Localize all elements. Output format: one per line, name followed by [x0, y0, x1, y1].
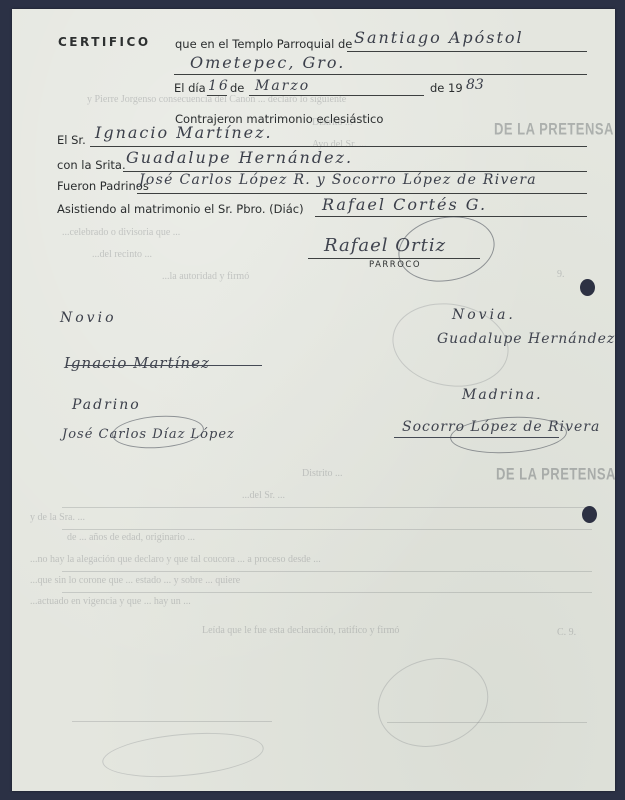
ghost-line: ...no hay la alegación que declaro y que…: [30, 554, 321, 565]
novio-sig-label: Novio: [60, 310, 117, 326]
madrina-signature: Socorro López de Rivera: [402, 419, 600, 435]
ghost-line: ...celebrado o divisoria que ...: [62, 227, 180, 238]
ghost-line: ...actuado en vigencia y que ... hay un …: [30, 596, 191, 607]
novio-signature-stroke: [67, 365, 262, 366]
padrino-sig-label: Padrino: [72, 397, 141, 413]
hole-punch-bottom: [582, 506, 597, 523]
ghost-line: ...que sin lo corone que ... estado ... …: [30, 575, 240, 586]
hole-punch-top: [580, 279, 595, 296]
padrinos-value: José Carlos López R. y Socorro López de …: [139, 172, 537, 188]
mes-value: Marzo: [255, 78, 310, 94]
padrinos-label: Fueron Padrinos: [57, 179, 149, 193]
dia-value: 16: [208, 78, 230, 94]
certifico-heading: CERTIFICO: [58, 35, 151, 49]
ghost-line: ...del recinto ...: [92, 249, 152, 260]
ghost-title-top: DE LA PRETENSA: [494, 119, 614, 139]
sr-label: El Sr.: [57, 133, 86, 147]
year-value: 83: [466, 77, 484, 93]
novia-sig-label: Novia.: [452, 307, 516, 323]
srita-label: con la Srita.: [57, 158, 126, 172]
parroco-signature-line: [308, 258, 480, 259]
novio-signature: Ignacio Martínez: [64, 354, 210, 372]
ghost-line: ...del Sr. ...: [242, 490, 285, 501]
madrina-signature-stroke: [394, 437, 559, 438]
padrino-signature: José Carlos Díaz López: [62, 427, 235, 442]
ghost-line: ...la autoridad y firmó: [162, 271, 249, 282]
novio-name-value: Ignacio Martínez.: [95, 123, 273, 142]
templo-value: Santiago Apóstol: [354, 28, 524, 47]
mes-field-line: [249, 95, 424, 96]
parroco-signature: Rafael Ortiz: [324, 235, 446, 256]
presbitero-value: Rafael Cortés G.: [322, 195, 487, 214]
ghost-title-bottom: DE LA PRETENSA: [496, 464, 616, 484]
ghost-line: y de la Sra. ...: [30, 512, 85, 523]
templo-field-line: [347, 51, 587, 52]
ghost-side-label: C. 9.: [557, 627, 576, 638]
templo-label: que en el Templo Parroquial de: [175, 37, 352, 51]
mes-de-label: de: [230, 81, 244, 95]
novio-field-line: [90, 146, 587, 147]
lugar-value: Ometepec, Gro.: [190, 53, 345, 72]
ghost-line: Leída que le fue esta declaración, ratif…: [202, 625, 399, 636]
year-label: de 19: [430, 81, 463, 95]
novia-signature: Guadalupe Hernández: [437, 331, 615, 347]
certificate-page: DE LA PRETENSA y Pierre Jorgenso consecu…: [12, 9, 615, 791]
asistiendo-label: Asistiendo al matrimonio el Sr. Pbro. (D…: [57, 202, 304, 216]
parroco-label: PARROCO: [369, 260, 421, 270]
madrina-sig-label: Madrina.: [462, 387, 543, 403]
dia-label: El día: [174, 81, 206, 95]
novia-name-value: Guadalupe Hernández.: [126, 148, 353, 167]
ghost-line: de ... años de edad, originario ...: [67, 532, 195, 543]
dia-field-line: [207, 95, 227, 96]
ghost-side-label: 9.: [557, 269, 565, 280]
ghost-line: Distrito ...: [302, 468, 343, 479]
lugar-field-line: [174, 74, 587, 75]
padrinos-field-line: [137, 193, 587, 194]
